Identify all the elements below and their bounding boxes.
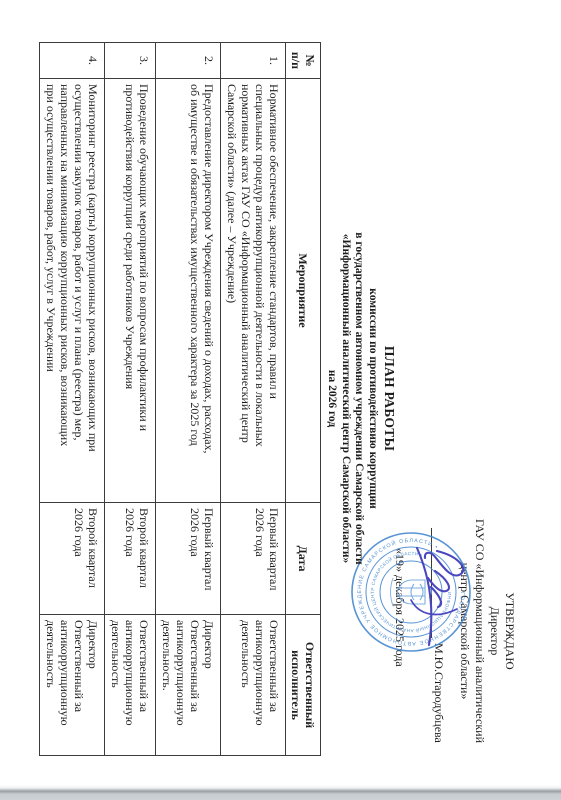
row-date: Второй квартал 2026 года [40, 503, 105, 615]
row-date: Первый квартал 2026 года [221, 503, 286, 615]
row-responsible: Ответственный за антикоррупционную деяте… [221, 615, 286, 756]
approval-organization-line1: ГАУ СО «Информационный аналитический [472, 470, 487, 792]
document-page: УТВЕРЖДАЮ Директор ГАУ СО «Информационны… [0, 0, 561, 800]
row-number: 2. [156, 43, 221, 79]
header-number: № п/п [286, 43, 321, 79]
scan-edge-shadow [0, 785, 561, 800]
anticorruption-plan-table: № п/п Мероприятие Дата Ответственный исп… [39, 42, 321, 756]
row-date: Второй квартал 2026 года [105, 503, 156, 615]
table-row: 4. Мониторинг реестра (карты) коррупцион… [40, 43, 105, 756]
row-date: Первый квартал 2026 года [156, 503, 221, 615]
row-activity: Предоставление директором Учреждения све… [156, 79, 221, 503]
table-row: 2. Предоставление директором Учреждения … [156, 43, 221, 756]
title-line-5: на 2026 год [325, 42, 339, 755]
title-main: ПЛАН РАБОТЫ [381, 42, 397, 755]
row-responsible: Директор Ответственный за антикоррупцион… [156, 615, 221, 756]
document-title-block: ПЛАН РАБОТЫ комиссии по противодействию … [325, 42, 397, 755]
row-responsible: Ответственный за антикоррупционную деяте… [105, 615, 156, 756]
approval-position: Директор [487, 470, 502, 792]
header-date: Дата [286, 503, 321, 615]
header-responsible: Ответственный исполнитель [286, 615, 321, 756]
row-activity: Проведение обучающих мероприятий по вопр… [105, 79, 156, 503]
scanned-document-screenshot: УТВЕРЖДАЮ Директор ГАУ СО «Информационны… [0, 0, 561, 800]
table-row: 3. Проведение обучающих мероприятий по в… [105, 43, 156, 756]
title-line-2: комиссии по противодействию коррупции [366, 42, 380, 755]
title-line-3: в государственном автономном учреждении … [352, 42, 366, 755]
row-number: 4. [40, 43, 105, 79]
table-row: 1. Нормативное обеспечение, закрепление … [221, 43, 286, 756]
row-activity: Нормативное обеспечение, закрепление ста… [221, 79, 286, 503]
table-header-row: № п/п Мероприятие Дата Ответственный исп… [286, 43, 321, 756]
approval-approved-label: УТВЕРЖДАЮ [502, 470, 517, 792]
row-responsible: Директор Ответственный за антикоррупцион… [40, 615, 105, 756]
row-activity: Мониторинг реестра (карты) коррупционных… [40, 79, 105, 503]
handwritten-signature [409, 545, 471, 650]
row-number: 1. [221, 43, 286, 79]
title-line-4: «Информационный аналитический центр Сама… [339, 42, 353, 755]
row-number: 3. [105, 43, 156, 79]
header-activity: Мероприятие [286, 79, 321, 503]
